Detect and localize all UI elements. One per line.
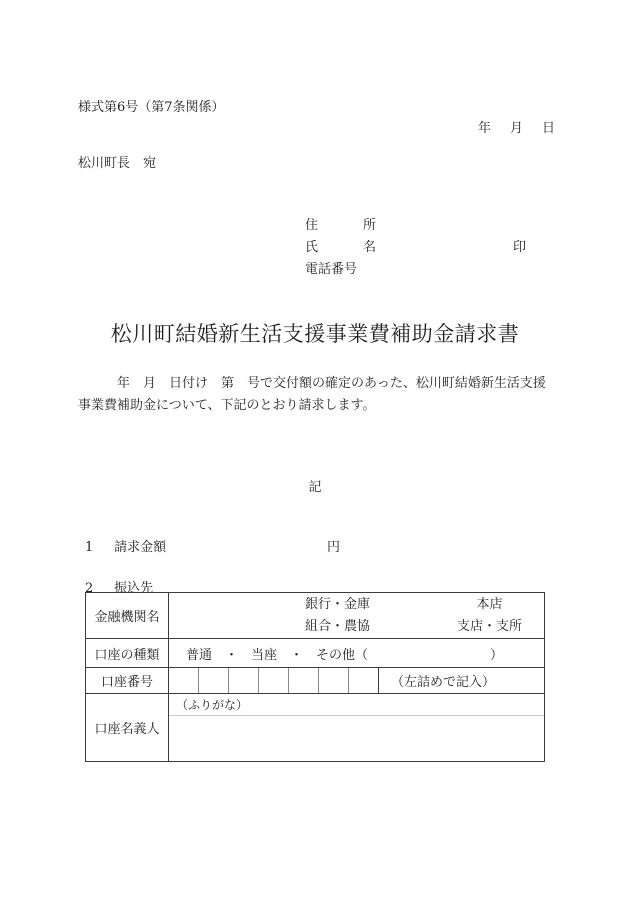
account-digit-cell — [169, 668, 199, 693]
body-line-1: 年 月 日付け 第 号で交付額の確定のあった、松川町結婚新生活支援 — [78, 373, 556, 395]
applicant-phone-row: 電話番号 — [305, 259, 376, 281]
table-row-account-type: 口座の種類 普通 ・ 当座 ・ その他（ ） — [86, 638, 544, 667]
name-label: 氏名 — [305, 237, 376, 259]
form-number: 様式第6号（第7条関係） — [78, 96, 225, 115]
date-day-label: 日 — [542, 117, 555, 136]
seal-mark: 印 — [513, 237, 526, 259]
financial-institution-cell: 銀行・金庫 組合・農協 本店 支店・支所 — [169, 593, 544, 638]
branch-line-1: 本店 — [476, 594, 502, 616]
body-paragraph: 年 月 日付け 第 号で交付額の確定のあった、松川町結婚新生活支援 事業費補助金… — [78, 373, 556, 417]
account-type-options: 普通 ・ 当座 ・ その他（ ） — [169, 639, 544, 667]
item-1-number: 1 — [85, 540, 110, 555]
item-1-label: 請求金額 — [114, 540, 166, 555]
document-page: 様式第6号（第7条関係） 年 月 日 松川町長 宛 住所 氏名 印 電話番号 松… — [0, 0, 630, 903]
table-row-account-holder: 口座名義人 （ふりがな） — [86, 693, 544, 761]
record-mark: 記 — [0, 476, 630, 495]
account-type-label: 口座の種類 — [86, 639, 169, 667]
financial-institution-label: 金融機関名 — [86, 593, 169, 638]
account-holder-label: 口座名義人 — [86, 694, 169, 761]
item-claim-amount: 1 請求金額 円 — [85, 536, 166, 555]
yen-unit-label: 円 — [327, 536, 340, 555]
bank-type-options: 銀行・金庫 組合・農協 — [305, 593, 370, 638]
account-digit-cell — [259, 668, 289, 693]
phone-label: 電話番号 — [305, 262, 357, 277]
account-digit-cell — [289, 668, 319, 693]
account-number-cell: （左詰めで記入） — [169, 668, 544, 693]
account-digit-cell — [349, 668, 379, 693]
furigana-label: （ふりがな） — [169, 694, 544, 716]
addressee: 松川町長 宛 — [78, 152, 156, 171]
account-number-label: 口座番号 — [86, 668, 169, 693]
date-line: 年 月 日 — [478, 117, 555, 136]
account-number-cells — [169, 668, 379, 693]
table-row-financial-institution: 金融機関名 銀行・金庫 組合・農協 本店 支店・支所 — [86, 593, 544, 638]
account-digit-cell — [199, 668, 229, 693]
address-label: 住所 — [305, 215, 376, 237]
account-type-options-text: 普通 ・ 当座 ・ その他（ — [186, 644, 368, 663]
branch-type-options: 本店 支店・支所 — [457, 593, 522, 638]
account-holder-cell: （ふりがな） — [169, 694, 544, 761]
bank-type-line-2: 組合・農協 — [305, 616, 370, 638]
body-line-2: 事業費補助金について、下記のとおり請求します。 — [78, 395, 556, 417]
bank-transfer-table: 金融機関名 銀行・金庫 組合・農協 本店 支店・支所 口座の種類 普通 ・ 当座… — [85, 592, 545, 762]
date-year-label: 年 — [478, 117, 491, 136]
table-row-account-number: 口座番号 （左詰めで記入） — [86, 667, 544, 693]
date-month-label: 月 — [510, 117, 523, 136]
account-type-close-paren: ） — [490, 644, 503, 663]
document-title: 松川町結婚新生活支援事業費補助金請求書 — [0, 318, 630, 348]
account-digit-cell — [229, 668, 259, 693]
bank-type-line-1: 銀行・金庫 — [305, 594, 370, 616]
applicant-address-row: 住所 — [305, 215, 376, 237]
branch-line-2: 支店・支所 — [457, 616, 522, 638]
account-number-row: （左詰めで記入） — [169, 668, 544, 693]
account-digit-cell — [319, 668, 349, 693]
applicant-block: 住所 氏名 印 電話番号 — [305, 215, 376, 281]
applicant-name-row: 氏名 印 — [305, 237, 376, 259]
account-type-cell: 普通 ・ 当座 ・ その他（ ） — [169, 639, 544, 667]
account-number-note: （左詰めで記入） — [379, 668, 544, 693]
